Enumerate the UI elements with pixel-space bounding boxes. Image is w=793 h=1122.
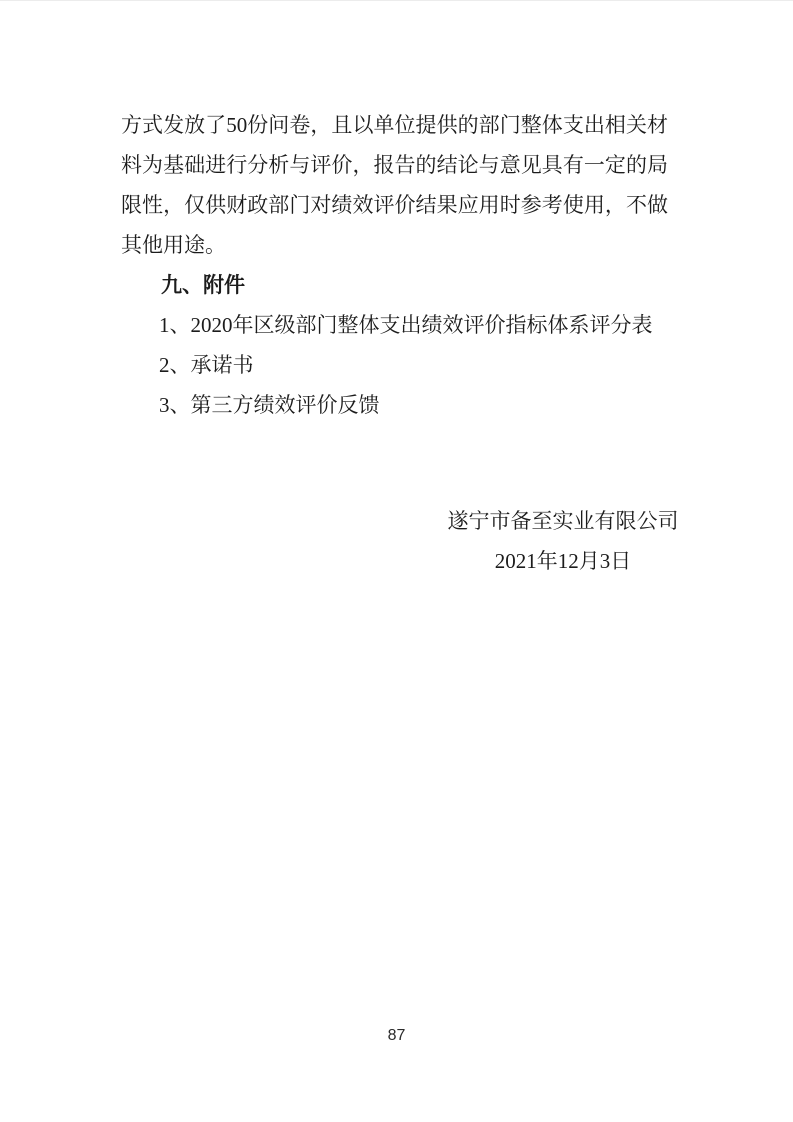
paragraph-line-2: 料为基础进行分析与评价，报告的结论与意见具有一定的局 [121,145,668,185]
attachment-item-2: 2、承诺书 [121,345,668,385]
attachment-item-3: 3、第三方绩效评价反馈 [121,385,668,425]
signature-block: 遂宁市备至实业有限公司 2021年12月3日 [340,501,786,581]
section-heading-attachments: 九、附件 [121,265,668,305]
paragraph-line-4: 其他用途。 [121,225,668,265]
page-number: 87 [0,1025,793,1047]
paragraph-line-3: 限性，仅供财政部门对绩效评价结果应用时参考使用，不做 [121,185,668,225]
document-body: 方式发放了50份问卷，且以单位提供的部门整体支出相关材 料为基础进行分析与评价，… [121,105,668,581]
signature-company: 遂宁市备至实业有限公司 [340,501,786,541]
attachment-item-1: 1、2020年区级部门整体支出绩效评价指标体系评分表 [121,305,668,345]
document-page: 方式发放了50份问卷，且以单位提供的部门整体支出相关材 料为基础进行分析与评价，… [0,0,793,1122]
attachment-list: 1、2020年区级部门整体支出绩效评价指标体系评分表 2、承诺书 3、第三方绩效… [121,305,668,425]
signature-date: 2021年12月3日 [340,541,786,581]
paragraph-line-1: 方式发放了50份问卷，且以单位提供的部门整体支出相关材 [121,105,668,145]
body-paragraph: 方式发放了50份问卷，且以单位提供的部门整体支出相关材 料为基础进行分析与评价，… [121,105,668,265]
